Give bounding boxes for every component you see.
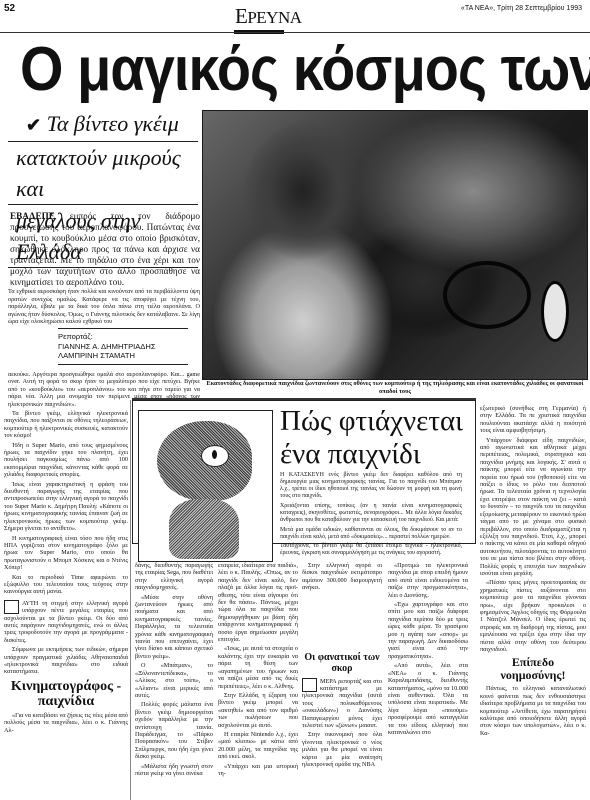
subhead-cinema-games: Κινηματογράφος - παιχνίδια (4, 679, 128, 709)
box-title: Πώς φτιάχνεται ένα παιχνίδι (280, 405, 463, 471)
wheel-shape (541, 281, 569, 342)
steering-wheel-shape (443, 261, 531, 329)
box-paragraph: Η ΚΑΤΑΣΚΕΥΗ ενός βίντεο γκέιμ δεν διαφέρ… (280, 472, 462, 500)
byline-label: Ρεπορτάζ: (58, 332, 188, 342)
column-1: Τα βίντεο γκέιμ, ελληνικά ηλεκτρονικά πα… (4, 410, 128, 734)
column-2: δάνης, διευθυντής παραγωγής της εταιρίας… (135, 562, 213, 777)
dropcap-box (302, 678, 317, 692)
dropcap-box (4, 600, 19, 614)
col1-paragraph: Τα βίντεο γκέιμ, ελληνικά ηλεκτρονικά πα… (4, 410, 128, 440)
column-4b: «Προτιμώ τα ηλεκτρονικά παιχνίδια με σπο… (388, 562, 468, 738)
col3-paragraph: «Υπάρχει και μια ιστορική τη- (218, 763, 298, 778)
col4-paragraph: Στην οικονομική που όλα γίνονται ηλεκτρο… (302, 731, 382, 768)
col3-paragraph: εταιρεία, ιδιαίτερα στα παιδιά», λέει ο … (218, 562, 298, 643)
lead-text: εμπρός τον τον διάδρομο προσγείωσης του … (10, 211, 200, 287)
photo-caption: Εκατοντάδες διαφορετικά παιχνίδια ζωνταν… (202, 380, 588, 396)
col2-paragraph: Ο «Μπάτμαν», το «Ξόλοναντεπίδεικα», το «… (135, 662, 213, 699)
dateline: «ΤΑ ΝΕΑ», Τρίτη 28 Σεπτεμβρίου 1993 (461, 5, 582, 12)
box-paragraph: Μετά μια ομάδα ειδικών, καθίστανται σε ό… (280, 527, 462, 541)
lead-first-word: ΕΒΑΛΕΠΕ (10, 211, 55, 221)
box-title-line-1: Πώς φτιάχνεται (280, 405, 463, 438)
sonic-body-shape (169, 499, 239, 559)
box-text: Η ΚΑΤΑΣΚΕΥΗ ενός βίντεο γκέιμ δεν διαφέρ… (280, 472, 462, 560)
col1-paragraph: «Για να κατεβάσει να ζήσεις τις νέες μέσ… (4, 712, 128, 734)
col1-paragraph: Η κινηματογραφική είναι τόσο που ήδη στι… (4, 535, 128, 572)
photo-arcade-simulator (202, 110, 588, 380)
column-divider (130, 400, 131, 800)
column-5: εξωτερικό (συνήθως στη Γερμανία) ή στην … (480, 405, 586, 737)
col4-paragraph: Στην ελληνική αγορά οι δίσκοι παιχνιδιών… (302, 562, 382, 592)
col3-paragraph: «Ίσως, με αυτά τα στοιχεία ο καλάντης έχ… (218, 645, 298, 689)
top-rule (0, 32, 590, 33)
col4b-paragraph: «Έχω χαρτογράφο και στο σπίτι μου και πα… (388, 601, 468, 660)
col3-paragraph: Στην Ελλάδα, η έξαρση του βίντεο γκέιμ μ… (218, 692, 298, 729)
box-paragraph: Χρειάζονται επίσης, τοπίκες (αν η ταινία… (280, 503, 462, 524)
col1-paragraph: Ήδη ο Super Mario, από τους φημισμένους … (4, 442, 128, 479)
col1-paragraph: Ίσως είναι χαρακτηριστική η φράση του δι… (4, 481, 128, 533)
col4b-paragraph: «Προτιμώ τα ηλεκτρονικά παιχνίδια με σπο… (388, 562, 468, 599)
box-paragraph: Ταυτόχρονα, το βίντεο γκέιμ θα ξετάσει έ… (280, 543, 462, 557)
subhead-fans: Οι φανατικοί των σκορ (302, 652, 382, 674)
col1-paragraph-dropcap: ΑΥΤΗ τη στιγμή στην ελληνική αγορά υπάρχ… (4, 600, 128, 644)
col5-paragraph: Υπάρχουν διάφορα είδη παιχνιδιών, από αγ… (480, 437, 586, 578)
check-icon: ✔ (26, 115, 41, 135)
col4b-paragraph: «Από αυτά», λέει στα «ΝΕΑ» ο κ. Γιάννης … (388, 662, 468, 736)
column-4: Στην ελληνική αγορά οι δίσκοι παιχνιδιών… (302, 562, 382, 769)
section-title: ΕΡΕΥΝΑ (235, 4, 302, 29)
sonic-eye-shape (201, 445, 229, 467)
col2-paragraph: δάνης, διευθυντής παραγωγής της εταιρίας… (135, 562, 213, 592)
byline-author-1: ΓΙΑΝΝΗΣ Α. ΔΗΜΗΤΡΙΑΔΗΣ (58, 342, 188, 352)
kicker-line-2: κατακτούν μικρούς και (8, 142, 198, 205)
intro-small-text: Τα εχθρικά αεροσκάφη ήταν πολλά και κινο… (8, 288, 200, 326)
col1-paragraph: Και το περιοδικό Time αφιερώνει το εξώφυ… (4, 574, 128, 596)
subhead-intelligence: Επίπεδο νοημοσύνης! (480, 656, 586, 682)
page-number: 52 (4, 3, 15, 14)
headline: Ο μαγικός κόσμος των η (20, 34, 590, 105)
col2-paragraph: «Μάλιστα ήδη γνωστή στον πίστα γκέιμ να … (135, 763, 213, 778)
col1-paragraph: Σύμφωνα με εκτιμήσεις των ειδικών, σήμερ… (4, 646, 128, 676)
col3-paragraph: Η εταιρία Nintendo λ.χ., έχει «μαύ κλειπ… (218, 731, 298, 761)
byline-author-2: ΛΑΜΠΡΙΝΗ ΣΤΑΜΑΤΗ (58, 351, 188, 361)
col5-paragraph: εξωτερικό (συνήθως στη Γερμανία) ή στην … (480, 405, 586, 435)
col2-paragraph: «Μέσα στην οθόνη ζωντανεύουν ήρωες από π… (135, 594, 213, 661)
box-title-line-2: ένα παιχνίδι (280, 438, 463, 471)
sonic-illustration (138, 410, 273, 562)
byline: Ρεπορτάζ: ΓΙΑΝΝΗΣ Α. ΔΗΜΗΤΡΙΑΔΗΣ ΛΑΜΠΡΙΝ… (58, 328, 188, 365)
col2-paragraph: Πολλές φορές μάλιστα ένα βίντεο γκέιμ δη… (135, 701, 213, 760)
col5-paragraph: «Πέσαυ τρεις μήνες προετοιμασίας σε χρημ… (480, 579, 586, 653)
col5-paragraph: Πάντως, το ελληνικό καταναλωτικό κοινό φ… (480, 685, 586, 737)
column-3: εταιρεία, ιδιαίτερα στα παιδιά», λέει ο … (218, 562, 298, 777)
lead-paragraph: ΕΒΑΛΕΠΕ εμπρός τον τον διάδρομο προσγείω… (10, 211, 200, 288)
kicker-line-1: ✔ Τα βίντεο γκέιμ (8, 108, 198, 142)
col4-paragraph-dropcap: ΜΕΡΑ ρεπορτάζ και στο κατάστημα με ηλεκτ… (302, 678, 382, 730)
